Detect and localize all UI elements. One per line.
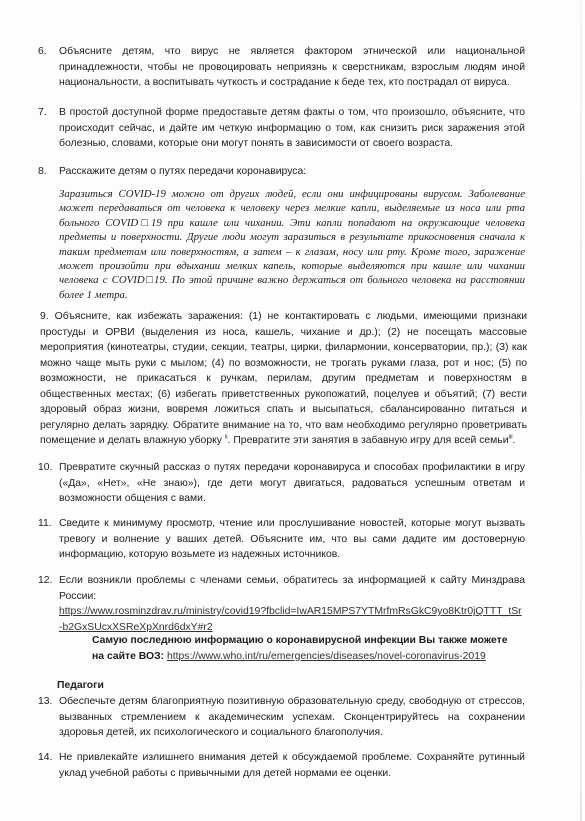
list-item-text-part2: . Превратите эти занятия в забавную игру… [228,435,509,446]
list-item-text-part3: . [513,435,516,446]
list-item-text-content: Если возникли проблемы с членами семьи, … [59,575,525,602]
scan-edge-artifact [580,0,582,821]
who-notice-colon: : [161,651,164,662]
list-item-text-part1: Объясните, как избежать заражения: (1) н… [40,311,527,446]
list-item-text: Объясните детям, что вирус не является ф… [59,44,525,91]
list-item-7: 7. В простой доступной форме предоставьт… [38,105,525,152]
list-item-8: 8. Расскажите детям о путях передачи кор… [38,164,525,180]
list-number: 13. [38,694,58,710]
list-number: 9. [40,311,49,322]
transmission-quote: Заразиться COVID-19 можно от других люде… [59,187,525,302]
list-item-6: 6. Объясните детям, что вирус не являетс… [38,44,525,91]
document-page: 6. Объясните детям, что вирус не являетс… [0,0,585,821]
list-item-9: 9. Объясните, как избежать заражения: (1… [40,309,527,449]
list-item-text: Превратите скучный рассказ о путях перед… [59,460,525,507]
list-item-text: В простой доступной форме предоставьте д… [59,105,525,152]
list-item-13: 13. Обеспечьте детям благоприятную позит… [38,694,525,741]
minzdrav-link[interactable]: https://www.rosminzdrav.ru/ministry/covi… [59,606,522,633]
list-item-12: 12. Если возникли проблемы с членами сем… [38,573,525,635]
list-number: 12. [38,573,58,589]
list-item-text: Сведите к минимуму просмотр, чтение или … [59,516,525,563]
list-number: 8. [38,164,58,180]
list-item-text: Обеспечьте детям благоприятную позитивну… [59,694,525,741]
list-number: 11. [38,516,58,532]
list-number: 6. [38,44,58,60]
list-item-text: 9. Объясните, как избежать заражения: (1… [40,309,527,449]
who-link[interactable]: https://www.who.int/ru/emergencies/disea… [167,651,486,662]
list-item-text: Расскажите детям о путях передачи корона… [59,164,525,180]
who-notice: Самую последнюю информацию о коронавирус… [92,633,512,664]
list-number: 14. [38,750,58,766]
list-item-11: 11. Сведите к минимуму просмотр, чтение … [38,516,525,563]
list-number: 7. [38,105,58,121]
list-item-text: Не привлекайте излишнего внимания детей … [59,750,525,781]
list-item-14: 14. Не привлекайте излишнего внимания де… [38,750,525,781]
list-number: 10. [38,460,58,476]
section-heading-teachers: Педагоги [57,680,104,691]
list-item-text: Если возникли проблемы с членами семьи, … [59,573,525,635]
list-item-10: 10. Превратите скучный рассказ о путях п… [38,460,525,507]
